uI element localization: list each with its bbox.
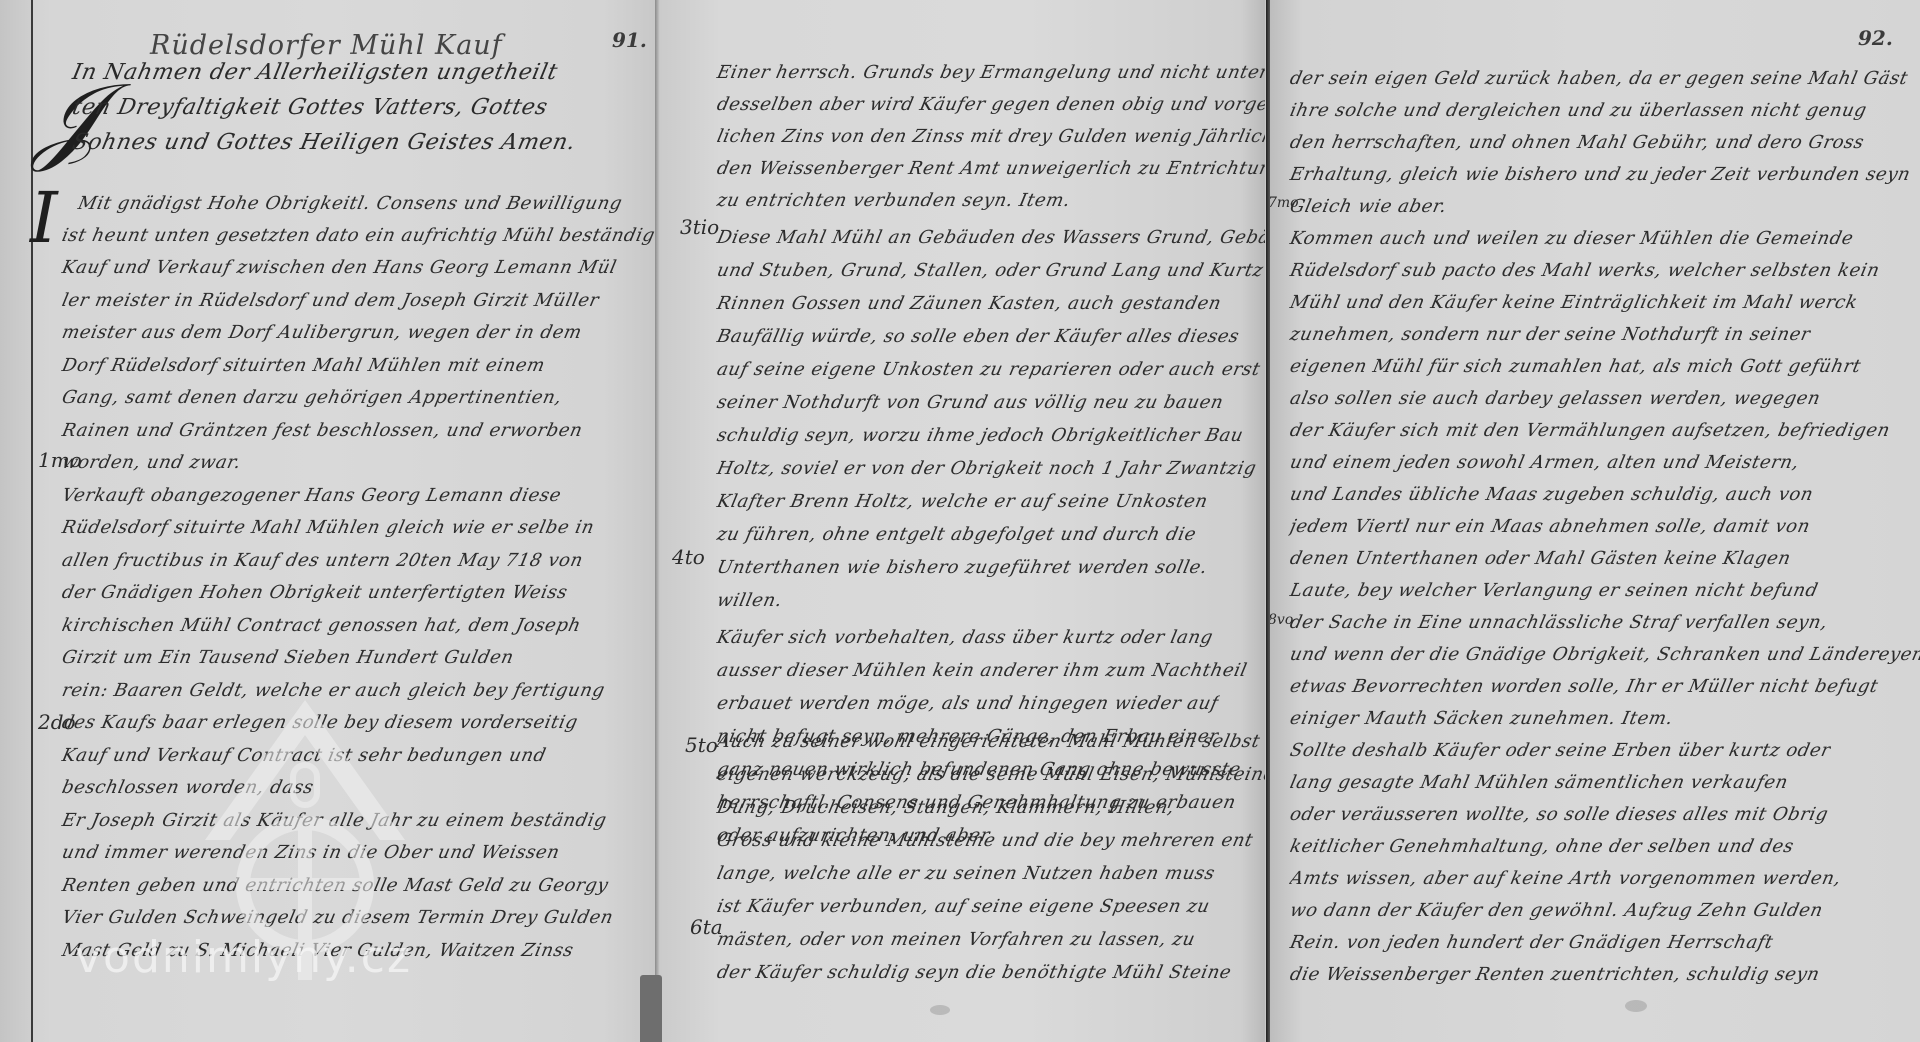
section-marker: 7mo [1270,195,1299,211]
text-line: die Weissenberger Renten zuentrichten, s… [1288,964,1822,985]
text-line: Verkauft obangezogener Hans Georg Lemann… [60,485,563,506]
text-line: Amts wissen, aber auf keine Arth vorgeno… [1288,868,1843,889]
margin-rule [31,0,33,1042]
watermark-text: vodnimlyny.cz [75,932,412,983]
text-line: Kommen auch und weilen zu dieser Mühlen … [1288,228,1855,249]
text-line: ist heunt unten gesetzten dato ein aufri… [60,225,655,246]
text-line: In Nahmen der Allerheiligsten ungetheilt [70,60,560,85]
text-line: lange, welche alle er zu seinen Nutzen h… [715,863,1217,884]
text-line: und Landes übliche Maas zugeben schuldig… [1288,484,1815,505]
text-line: der Sache in Eine unnachlässliche Straf … [1288,612,1830,633]
text-line: eigenen werckzeug, als die seine Mühl Ei… [715,764,1265,785]
text-line: auf seine eigene Unkosten zu reparieren … [715,359,1262,380]
ink-smudge [1625,1000,1647,1012]
text-line: lang gesagte Mahl Mühlen sämentlichen ve… [1288,772,1790,793]
text-line: Laute, bey welcher Verlangung er seinen … [1288,580,1820,601]
text-line: Auch zu seiner wohl eingerichteten Mahl … [715,731,1262,752]
left-page: 91. Rüdelsdorfer Mühl Kauf 𝒥 I In Nahmen… [0,0,655,1042]
text-line: und einem jeden sowohl Armen, alten und … [1288,452,1801,473]
text-line: desselben aber wird Käufer gegen denen o… [715,94,1265,115]
text-line: also sollen sie auch darbey gelassen wer… [1288,388,1823,409]
text-line: Gross und kleine Mühlsteine und die bey … [715,830,1255,851]
text-line: Girzit um Ein Tausend Sieben Hundert Gul… [60,647,516,668]
binding-clip [640,975,662,1042]
text-line: und Stuben, Grund, Stallen, oder Grund L… [715,260,1265,281]
section-marker: 5to [685,733,718,757]
text-line: Diese Mahl Mühl an Gebäuden des Wassers … [715,227,1265,248]
text-line: willen. [715,590,784,611]
text-line: und wenn der die Gnädige Obrigkeit, Schr… [1288,644,1920,665]
page-edge [0,0,32,1042]
text-line: mästen, oder von meinen Vorfahren zu las… [715,929,1197,950]
decorative-initial-m: I [30,183,58,253]
ink-smudge [930,1005,950,1015]
manuscript-spread: 91. Rüdelsdorfer Mühl Kauf 𝒥 I In Nahmen… [0,0,1920,1042]
section-marker: 6ta [690,915,723,939]
text-line: Käufer sich vorbehalten, dass über kurtz… [715,627,1215,648]
text-line: ler meister in Rüdelsdorf und dem Joseph… [60,290,601,311]
text-line: Mühl und den Käufer keine Einträglichkei… [1288,292,1860,313]
text-line: erbauet werden möge, als und hingegen wi… [715,693,1220,714]
section-marker: 8vo [1270,612,1293,628]
text-line: kirchischen Mühl Contract genossen hat, … [60,615,583,636]
text-line: der Gnädigen Hohen Obrigkeit unterfertig… [60,582,570,603]
text-line: Kauf und Verkauf zwischen den Hans Georg… [60,257,619,278]
text-line: ten Dreyfaltigkeit Gottes Vatters, Gotte… [70,95,550,120]
text-line: allen fructibus in Kauf des untern 20ten… [60,550,585,571]
text-line: zunehmen, sondern nur der seine Nothdurf… [1288,324,1812,345]
text-line: zu führen, ohne entgelt abgefolget und d… [715,524,1198,545]
text-line: ausser dieser Mühlen kein anderer ihm zu… [715,660,1249,681]
right-page: 92. der sein eigen Geld zurück haben, da… [1270,0,1920,1042]
text-line: worden, und zwar. [60,452,243,473]
text-line: ist Käufer verbunden, auf seine eigene S… [715,896,1212,917]
text-line: der sein eigen Geld zurück haben, da er … [1288,68,1910,89]
text-line: Gleich wie aber. [1288,196,1449,217]
text-line: Holtz, soviel er von der Obrigkeit noch … [715,458,1258,479]
text-line: Baufällig würde, so solle eben der Käufe… [715,326,1241,347]
text-line: wo dann der Käufer den gewöhnl. Aufzug Z… [1288,900,1825,921]
text-line: Erhaltung, gleich wie bishero und zu jed… [1288,164,1913,185]
text-line: lichen Zins von den Zinss mit drey Gulde… [715,126,1265,147]
text-line: den Weissenberger Rent Amt unweigerlich … [715,158,1265,179]
text-line: Einer herrsch. Grunds bey Ermangelung un… [715,62,1265,83]
page-number: 92. [1858,26,1893,50]
middle-page: Einer herrsch. Grunds bey Ermangelung un… [660,0,1265,1042]
text-line: ihre solche und dergleichen und zu überl… [1288,100,1869,121]
text-line: Dorf Rüdelsdorf situirten Mahl Mühlen mi… [60,355,547,376]
text-line: eigenen Mühl für sich zumahlen hat, als … [1288,356,1863,377]
text-line: Sohnes und Gottes Heiligen Geistes Amen. [70,130,578,155]
section-marker: 4to [672,545,705,569]
text-line: zu entrichten verbunden seyn. Item. [715,190,1072,211]
text-line: oder veräusseren wollte, so solle dieses… [1288,804,1830,825]
text-line: einiger Mauth Säcken zunehmen. Item. [1288,708,1675,729]
text-line: denen Unterthanen oder Mahl Gästen keine… [1288,548,1793,569]
text-line: Dung, Drucheisen, Stangen, Klammern, Hil… [715,797,1176,818]
text-line: Rein. von jeden hundert der Gnädigen Her… [1288,932,1775,953]
text-line: Rüdelsdorf situirte Mahl Mühlen gleich w… [60,517,596,538]
text-line: Sollte deshalb Käufer oder seine Erben ü… [1288,740,1833,761]
text-line: Rinnen Gossen und Zäunen Kasten, auch ge… [715,293,1223,314]
text-line: Klafter Brenn Holtz, welche er auf seine… [715,491,1210,512]
text-line: etwas Bevorrechten worden solle, Ihr er … [1288,676,1880,697]
text-line: keitlicher Genehmhaltung, ohne der selbe… [1288,836,1796,857]
section-marker: 1mo [38,448,82,472]
section-marker: 2do [38,710,76,734]
text-line: Unterthanen wie bishero zugeführet werde… [715,557,1210,578]
text-line: Gang, samt denen darzu gehörigen Apperti… [60,387,564,408]
page-number: 91. [612,28,647,52]
text-line: Rainen und Gräntzen fest beschlossen, un… [60,420,585,441]
text-line: schuldig seyn, worzu ihme jedoch Obrigke… [715,425,1245,446]
text-line: Mit gnädigst Hohe Obrigkeitl. Consens un… [76,193,624,214]
text-line: den herrschaften, und ohnen Mahl Gebühr,… [1288,132,1866,153]
text-line: meister aus dem Dorf Aulibergrun, wegen … [60,322,584,343]
text-line: der Käufer schuldig seyn die benöthigte … [715,962,1233,983]
text-line: der Käufer sich mit den Vermählungen auf… [1288,420,1892,441]
document-heading: Rüdelsdorfer Mühl Kauf [150,30,503,61]
text-line: jedem Viertl nur ein Maas abnehmen solle… [1288,516,1812,537]
text-line: seiner Nothdurft von Grund aus völlig ne… [715,392,1225,413]
section-marker: 3tio [680,215,719,239]
text-line: Rüdelsdorf sub pacto des Mahl werks, wel… [1288,260,1882,281]
